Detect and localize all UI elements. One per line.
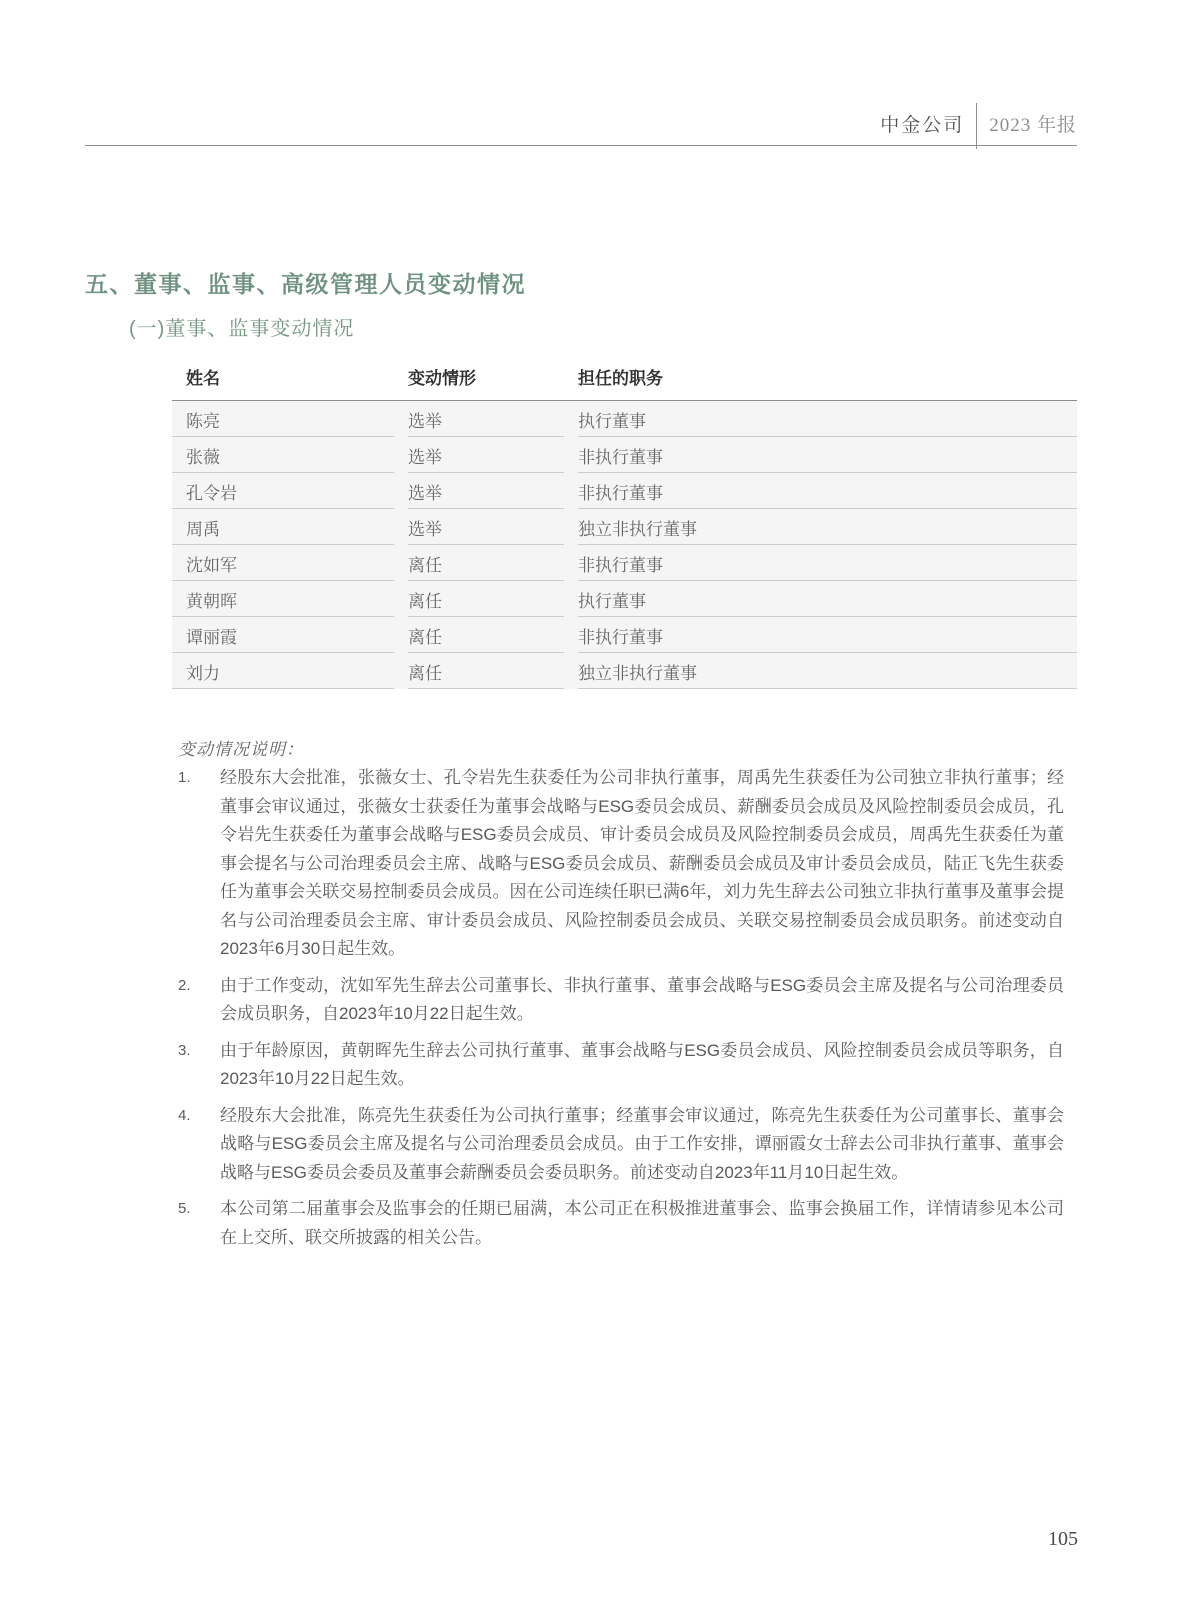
position-cell: 非执行董事: [578, 473, 1077, 509]
note-item: 2. 由于工作变动，沈如军先生辞去公司董事长、非执行董事、董事会战略与ESG委员…: [178, 972, 1064, 1029]
table-row: 孔令岩 选举 非执行董事: [172, 473, 1077, 509]
name-cell: 陈亮: [172, 401, 394, 437]
change-cell: 选举: [408, 473, 564, 509]
table-body: 陈亮 选举 执行董事 张薇 选举 非执行董事 孔令岩 选举 非执行董事 周禹 选…: [172, 401, 1077, 689]
note-item: 3. 由于年龄原因，黄朝晖先生辞去公司执行董事、董事会战略与ESG委员会成员、风…: [178, 1037, 1064, 1094]
change-cell: 选举: [408, 437, 564, 473]
section-title: 五、董事、监事、高级管理人员变动情况: [85, 266, 526, 299]
note-text: 由于年龄原因，黄朝晖先生辞去公司执行董事、董事会战略与ESG委员会成员、风险控制…: [220, 1037, 1064, 1094]
page-number: 105: [1048, 1528, 1078, 1551]
note-text: 本公司第二届董事会及监事会的任期已届满，本公司正在积极推进董事会、监事会换届工作…: [220, 1195, 1064, 1252]
table-row: 陈亮 选举 执行董事: [172, 401, 1077, 437]
change-cell: 选举: [408, 401, 564, 437]
position-cell: 非执行董事: [578, 617, 1077, 653]
table-row: 张薇 选举 非执行董事: [172, 437, 1077, 473]
name-cell: 张薇: [172, 437, 394, 473]
note-number: 4.: [178, 1102, 220, 1188]
header-rule: [85, 145, 1077, 146]
table-row: 周禹 选举 独立非执行董事: [172, 509, 1077, 545]
subsection-title: (一)董事、监事变动情况: [129, 312, 354, 341]
note-number: 3.: [178, 1037, 220, 1094]
position-cell: 执行董事: [578, 581, 1077, 617]
note-text: 由于工作变动，沈如军先生辞去公司董事长、非执行董事、董事会战略与ESG委员会主席…: [220, 972, 1064, 1029]
name-cell: 孔令岩: [172, 473, 394, 509]
note-item: 4. 经股东大会批准，陈亮先生获委任为公司执行董事；经董事会审议通过，陈亮先生获…: [178, 1102, 1064, 1188]
column-header-change: 变动情形: [408, 352, 564, 400]
table-header-row: 姓名 变动情形 担任的职务: [172, 352, 1077, 401]
change-cell: 选举: [408, 509, 564, 545]
name-cell: 黄朝晖: [172, 581, 394, 617]
notes-label: 变动情况说明：: [178, 735, 304, 760]
position-cell: 独立非执行董事: [578, 509, 1077, 545]
note-text: 经股东大会批准，陈亮先生获委任为公司执行董事；经董事会审议通过，陈亮先生获委任为…: [220, 1102, 1064, 1188]
change-cell: 离任: [408, 545, 564, 581]
table-row: 谭丽霞 离任 非执行董事: [172, 617, 1077, 653]
name-cell: 谭丽霞: [172, 617, 394, 653]
change-cell: 离任: [408, 581, 564, 617]
position-cell: 独立非执行董事: [578, 653, 1077, 689]
position-cell: 非执行董事: [578, 437, 1077, 473]
note-text: 经股东大会批准，张薇女士、孔令岩先生获委任为公司非执行董事，周禹先生获委任为公司…: [220, 764, 1064, 964]
position-cell: 非执行董事: [578, 545, 1077, 581]
note-number: 2.: [178, 972, 220, 1029]
change-cell: 离任: [408, 617, 564, 653]
table-row: 刘力 离任 独立非执行董事: [172, 653, 1077, 689]
change-cell: 离任: [408, 653, 564, 689]
name-cell: 周禹: [172, 509, 394, 545]
director-change-table: 姓名 变动情形 担任的职务 陈亮 选举 执行董事 张薇 选举 非执行董事 孔令岩…: [172, 352, 1077, 689]
column-header-name: 姓名: [172, 352, 394, 400]
company-name: 中金公司: [880, 110, 964, 137]
name-cell: 沈如军: [172, 545, 394, 581]
note-number: 5.: [178, 1195, 220, 1252]
position-cell: 执行董事: [578, 401, 1077, 437]
name-cell: 刘力: [172, 653, 394, 689]
header-divider: [976, 103, 977, 149]
note-item: 1. 经股东大会批准，张薇女士、孔令岩先生获委任为公司非执行董事，周禹先生获委任…: [178, 764, 1064, 964]
table-row: 黄朝晖 离任 执行董事: [172, 581, 1077, 617]
column-header-position: 担任的职务: [578, 352, 1077, 400]
report-year: 2023 年报: [989, 110, 1077, 137]
note-number: 1.: [178, 764, 220, 964]
note-item: 5. 本公司第二届董事会及监事会的任期已届满，本公司正在积极推进董事会、监事会换…: [178, 1195, 1064, 1252]
document-page: 中金公司 2023 年报 五、董事、监事、高级管理人员变动情况 (一)董事、监事…: [0, 0, 1190, 1615]
report-header: 中金公司 2023 年报: [880, 100, 1077, 146]
table-row: 沈如军 离任 非执行董事: [172, 545, 1077, 581]
notes-list: 1. 经股东大会批准，张薇女士、孔令岩先生获委任为公司非执行董事，周禹先生获委任…: [178, 764, 1064, 1260]
